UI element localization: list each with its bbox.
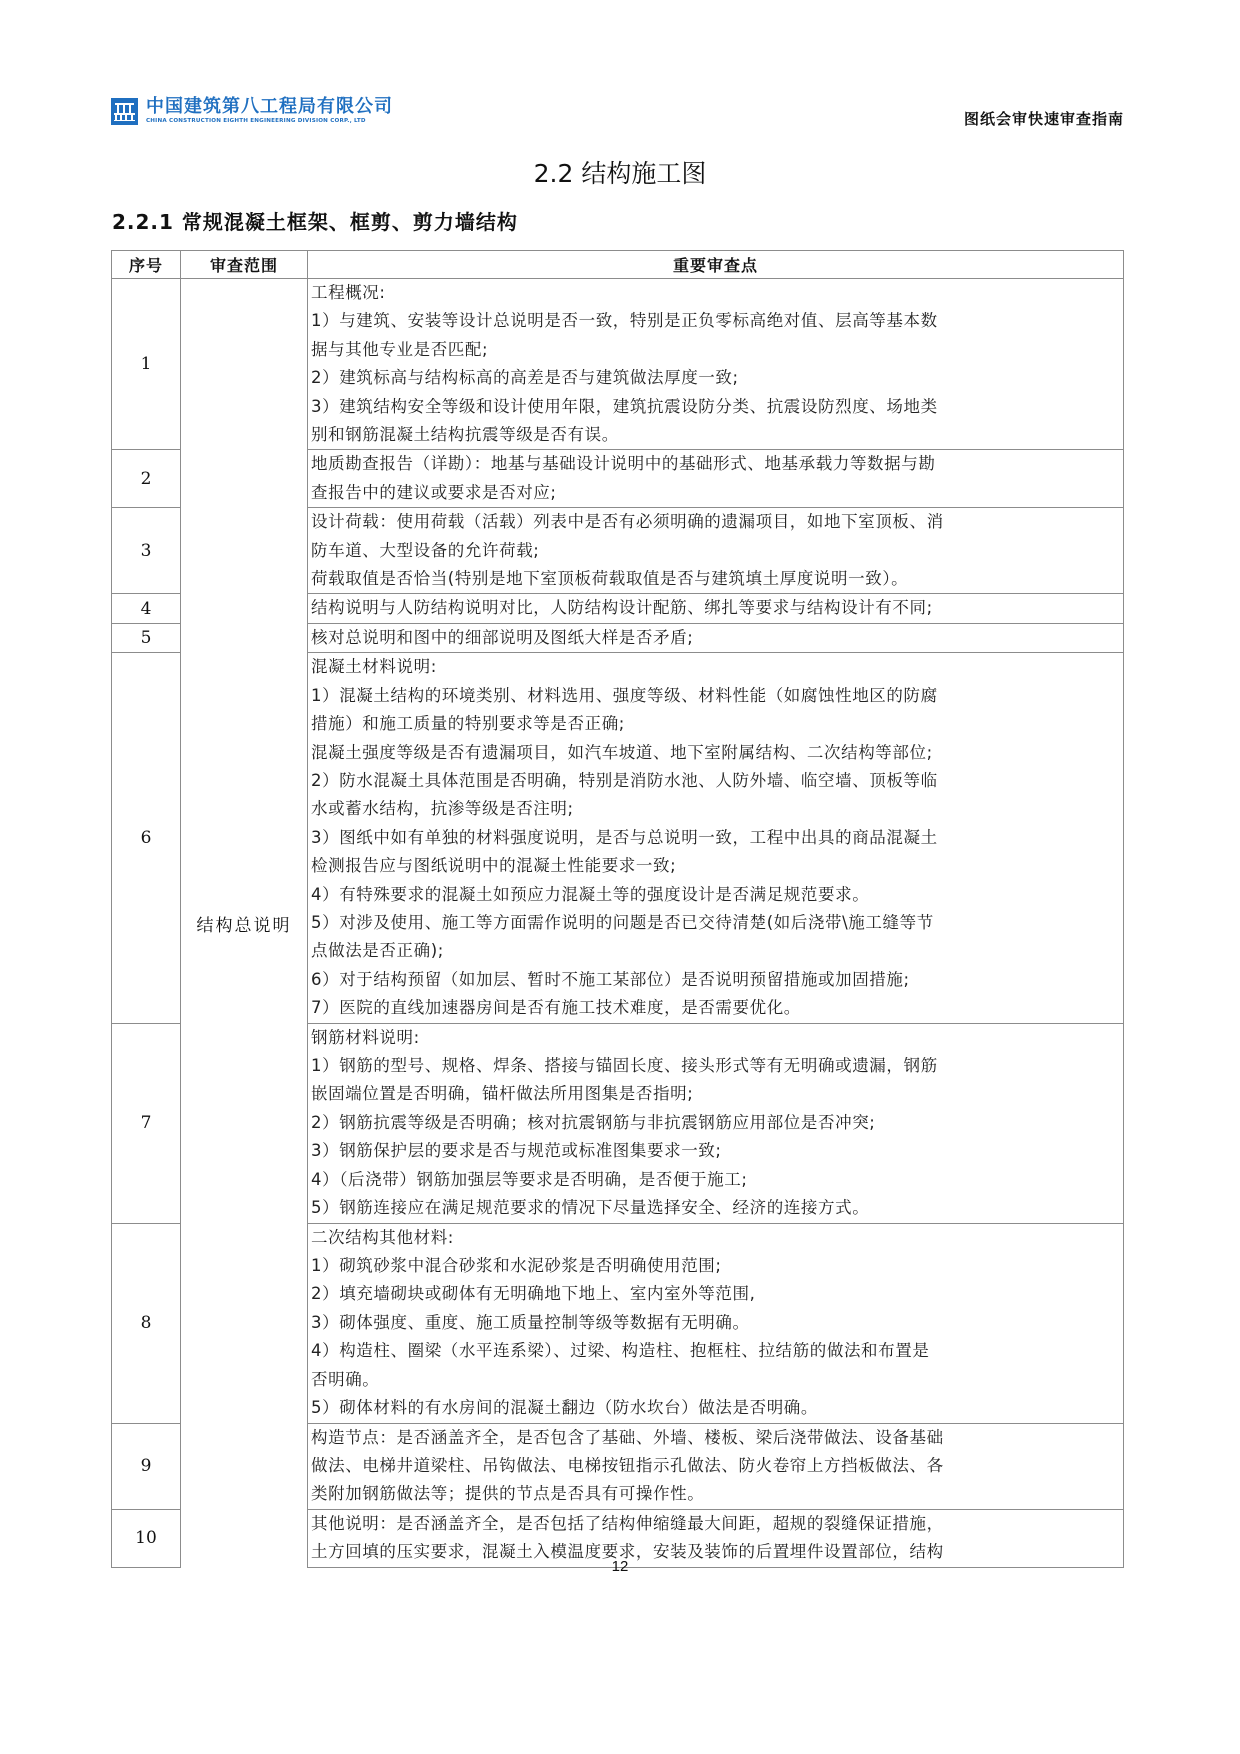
review-point-line: 5）对涉及使用、施工等方面需作说明的问题是否已交待清楚(如后浇带\施工缝等节: [311, 909, 1121, 937]
page-number: 12: [0, 1558, 1240, 1575]
review-point-line: 否明确。: [311, 1366, 1121, 1394]
table-header-row: 序号 审查范围 重要审查点: [112, 251, 1124, 279]
review-point-line: 别和钢筋混凝土结构抗震等级是否有误。: [311, 421, 1121, 449]
column-header-key-points: 重要审查点: [308, 251, 1124, 279]
review-point-line: 5）砌体材料的有水房间的混凝土翻边（防水坎台）做法是否明确。: [311, 1394, 1121, 1422]
review-point-line: 嵌固端位置是否明确，锚杆做法所用图集是否指明;: [311, 1080, 1121, 1108]
review-point-line: 6）对于结构预留（如加层、暂时不施工某部位）是否说明预留措施或加固措施;: [311, 966, 1121, 994]
key-review-points: 结构说明与人防结构说明对比，人防结构设计配筋、绑扎等要求与结构设计有不同;: [308, 594, 1124, 623]
review-point-line: 构造节点：是否涵盖齐全，是否包含了基础、外墙、楼板、梁后浇带做法、设备基础: [311, 1424, 1121, 1452]
review-point-line: 点做法是否正确);: [311, 937, 1121, 965]
review-point-line: 二次结构其他材料:: [311, 1224, 1121, 1252]
review-point-line: 工程概况:: [311, 279, 1121, 307]
row-number: 3: [112, 508, 181, 594]
row-number: 6: [112, 653, 181, 1023]
key-review-points: 核对总说明和图中的细部说明及图纸大样是否矛盾;: [308, 623, 1124, 652]
review-point-line: 2）防水混凝土具体范围是否明确，特别是消防水池、人防外墙、临空墙、顶板等临: [311, 767, 1121, 795]
review-point-line: 检测报告应与图纸说明中的混凝土性能要求一致;: [311, 852, 1121, 880]
key-review-points: 工程概况:1）与建筑、安装等设计总说明是否一致，特别是正负零标高绝对值、层高等基…: [308, 279, 1124, 450]
company-name-cn: 中国建筑第八工程局有限公司: [146, 97, 393, 117]
row-number: 2: [112, 450, 181, 508]
row-number: 7: [112, 1023, 181, 1223]
review-point-line: 措施）和施工质量的特别要求等是否正确;: [311, 710, 1121, 738]
review-point-line: 据与其他专业是否匹配;: [311, 336, 1121, 364]
key-review-points: 地质勘查报告（详勘）：地基与基础设计说明中的基础形式、地基承载力等数据与勘查报告…: [308, 450, 1124, 508]
review-table: 序号 审查范围 重要审查点 1结构总说明工程概况:1）与建筑、安装等设计总说明是…: [111, 250, 1124, 1568]
review-point-line: 结构说明与人防结构说明对比，人防结构设计配筋、绑扎等要求与结构设计有不同;: [311, 594, 1121, 622]
review-point-line: 防车道、大型设备的允许荷载;: [311, 537, 1121, 565]
review-point-line: 设计荷载：使用荷载（活载）列表中是否有必须明确的遗漏项目，如地下室顶板、消: [311, 508, 1121, 536]
review-point-line: 2）建筑标高与结构标高的高差是否与建筑做法厚度一致;: [311, 364, 1121, 392]
review-point-line: 水或蓄水结构，抗渗等级是否注明;: [311, 795, 1121, 823]
key-review-points: 构造节点：是否涵盖齐全，是否包含了基础、外墙、楼板、梁后浇带做法、设备基础做法、…: [308, 1423, 1124, 1509]
review-point-line: 地质勘查报告（详勘）：地基与基础设计说明中的基础形式、地基承载力等数据与勘: [311, 450, 1121, 478]
table-body: 1结构总说明工程概况:1）与建筑、安装等设计总说明是否一致，特别是正负零标高绝对…: [112, 279, 1124, 1568]
review-point-line: 1）混凝土结构的环境类别、材料选用、强度等级、材料性能（如腐蚀性地区的防腐: [311, 682, 1121, 710]
review-point-line: 3）钢筋保护层的要求是否与规范或标准图集要求一致;: [311, 1137, 1121, 1165]
review-point-line: 类附加钢筋做法等；提供的节点是否具有可操作性。: [311, 1480, 1121, 1508]
key-review-points: 混凝土材料说明:1）混凝土结构的环境类别、材料选用、强度等级、材料性能（如腐蚀性…: [308, 653, 1124, 1023]
review-point-line: 5）钢筋连接应在满足规范要求的情况下尽量选择安全、经济的连接方式。: [311, 1194, 1121, 1222]
review-point-line: 3）图纸中如有单独的材料强度说明，是否与总说明一致，工程中出具的商品混凝土: [311, 824, 1121, 852]
review-point-line: 做法、电梯井道梁柱、吊钩做法、电梯按钮指示孔做法、防火卷帘上方挡板做法、各: [311, 1452, 1121, 1480]
review-point-line: 核对总说明和图中的细部说明及图纸大样是否矛盾;: [311, 624, 1121, 652]
review-point-line: 4）有特殊要求的混凝土如预应力混凝土等的强度设计是否满足规范要求。: [311, 881, 1121, 909]
review-point-line: 7）医院的直线加速器房间是否有施工技术难度，是否需要优化。: [311, 994, 1121, 1022]
key-review-points: 钢筋材料说明:1）钢筋的型号、规格、焊条、搭接与锚固长度、接头形式等有无明确或遗…: [308, 1023, 1124, 1223]
key-review-points: 设计荷载：使用荷载（活载）列表中是否有必须明确的遗漏项目，如地下室顶板、消防车道…: [308, 508, 1124, 594]
review-point-line: 1）钢筋的型号、规格、焊条、搭接与锚固长度、接头形式等有无明确或遗漏，钢筋: [311, 1052, 1121, 1080]
company-logo: 中国建筑第八工程局有限公司 CHINA CONSTRUCTION EIGHTH …: [111, 97, 393, 125]
row-number: 9: [112, 1423, 181, 1509]
review-point-line: 1）砌筑砂浆中混合砂浆和水泥砂浆是否明确使用范围;: [311, 1252, 1121, 1280]
review-point-line: 钢筋材料说明:: [311, 1024, 1121, 1052]
document-title: 图纸会审快速审查指南: [964, 108, 1124, 129]
review-point-line: 4）构造柱、圈梁（水平连系梁）、过梁、构造柱、抱框柱、拉结筋的做法和布置是: [311, 1337, 1121, 1365]
row-number: 1: [112, 279, 181, 450]
review-point-line: 混凝土强度等级是否有遗漏项目，如汽车坡道、地下室附属结构、二次结构等部位;: [311, 739, 1121, 767]
column-header-number: 序号: [112, 251, 181, 279]
company-logo-icon: [111, 98, 138, 125]
section-title: 2.2.1 常规混凝土框架、框剪、剪力墙结构: [112, 206, 518, 235]
review-point-line: 3）建筑结构安全等级和设计使用年限，建筑抗震设防分类、抗震设防烈度、场地类: [311, 393, 1121, 421]
page-title: 2.2 结构施工图: [0, 154, 1240, 190]
review-point-line: 混凝土材料说明:: [311, 653, 1121, 681]
company-name-en: CHINA CONSTRUCTION EIGHTH ENGINEERING DI…: [146, 117, 393, 125]
review-point-line: 荷载取值是否恰当(特别是地下室顶板荷载取值是否与建筑填土厚度说明一致）。: [311, 565, 1121, 593]
key-review-points: 二次结构其他材料:1）砌筑砂浆中混合砂浆和水泥砂浆是否明确使用范围;2）填充墙砌…: [308, 1223, 1124, 1423]
review-point-line: 2）钢筋抗震等级是否明确；核对抗震钢筋与非抗震钢筋应用部位是否冲突;: [311, 1109, 1121, 1137]
row-number: 8: [112, 1223, 181, 1423]
review-scope: 结构总说明: [181, 279, 308, 1568]
column-header-scope: 审查范围: [181, 251, 308, 279]
table-row: 1结构总说明工程概况:1）与建筑、安装等设计总说明是否一致，特别是正负零标高绝对…: [112, 279, 1124, 450]
row-number: 4: [112, 594, 181, 623]
row-number: 5: [112, 623, 181, 652]
review-point-line: 查报告中的建议或要求是否对应;: [311, 479, 1121, 507]
review-point-line: 2）填充墙砌块或砌体有无明确地下地上、室内室外等范围,: [311, 1280, 1121, 1308]
review-point-line: 3）砌体强度、重度、施工质量控制等级等数据有无明确。: [311, 1309, 1121, 1337]
review-point-line: 1）与建筑、安装等设计总说明是否一致，特别是正负零标高绝对值、层高等基本数: [311, 307, 1121, 335]
review-point-line: 4）（后浇带）钢筋加强层等要求是否明确，是否便于施工;: [311, 1166, 1121, 1194]
review-point-line: 其他说明：是否涵盖齐全，是否包括了结构伸缩缝最大间距，超规的裂缝保证措施，: [311, 1510, 1121, 1538]
